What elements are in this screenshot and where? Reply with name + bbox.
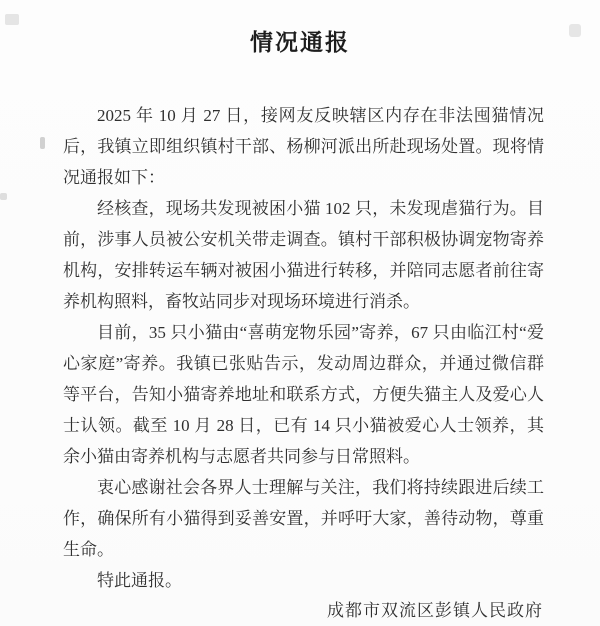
paragraph-investigation: 经核查，现场共发现被困小猫 102 只，未发现虐猫行为。目前，涉事人员被公安机关…	[63, 193, 544, 317]
page-title: 情况通报	[0, 24, 600, 57]
signature: 成都市双流区彭镇人民政府	[327, 599, 543, 623]
notice-body: 2025 年 10 月 27 日，接网友反映辖区内存在非法囤猫情况后，我镇立即组…	[63, 100, 544, 596]
scan-artifact	[0, 193, 7, 200]
paragraph-thanks: 衷心感谢社会各界人士理解与关注，我们将持续跟进后续工作，确保所有小猫得到妥善安置…	[63, 472, 544, 565]
paragraph-fostering: 目前，35 只小猫由“喜萌宠物乐园”寄养，67 只由临江村“爱心家庭”寄养。我镇…	[63, 317, 544, 472]
paragraph-closing: 特此通报。	[63, 565, 544, 596]
notice-document: 情况通报 2025 年 10 月 27 日，接网友反映辖区内存在非法囤猫情况后，…	[0, 0, 600, 626]
scan-artifact	[40, 137, 45, 149]
paragraph-intro: 2025 年 10 月 27 日，接网友反映辖区内存在非法囤猫情况后，我镇立即组…	[63, 100, 544, 193]
